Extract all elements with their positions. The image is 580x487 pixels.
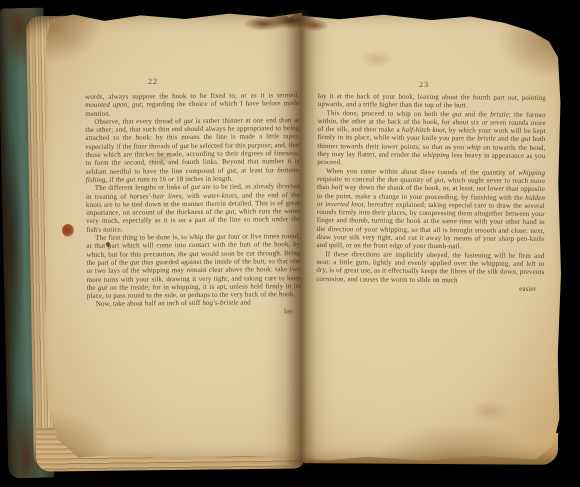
paragraph: When you come within about three rounds … [316,167,545,252]
age-spot [360,50,394,68]
left-page-number: 22 [148,77,158,86]
paragraph: The first thing to be done is, to whip t… [86,232,301,300]
paragraph: This done, proceed to whip on both the g… [317,109,545,169]
foxing-spot [62,224,74,237]
left-page-text: words, always suppose the hook to be fix… [85,91,301,317]
paragraph: words, always suppose the hook to be fix… [85,91,299,118]
paragraph: Observe, that every thread of gut is rat… [85,116,300,184]
right-page-number: 23 [419,80,429,89]
book-photo: 22 23 words, always suppose the hook to … [0,0,580,487]
right-page-text: lay it at the back of your hook, leaving… [316,92,546,293]
paragraph: The different lengths or links of gut ar… [86,182,300,234]
paragraph: lay it at the back of your hook, leaving… [318,92,546,111]
age-spot [470,400,510,422]
paragraph: If these directions are implicitly obeye… [316,250,544,285]
